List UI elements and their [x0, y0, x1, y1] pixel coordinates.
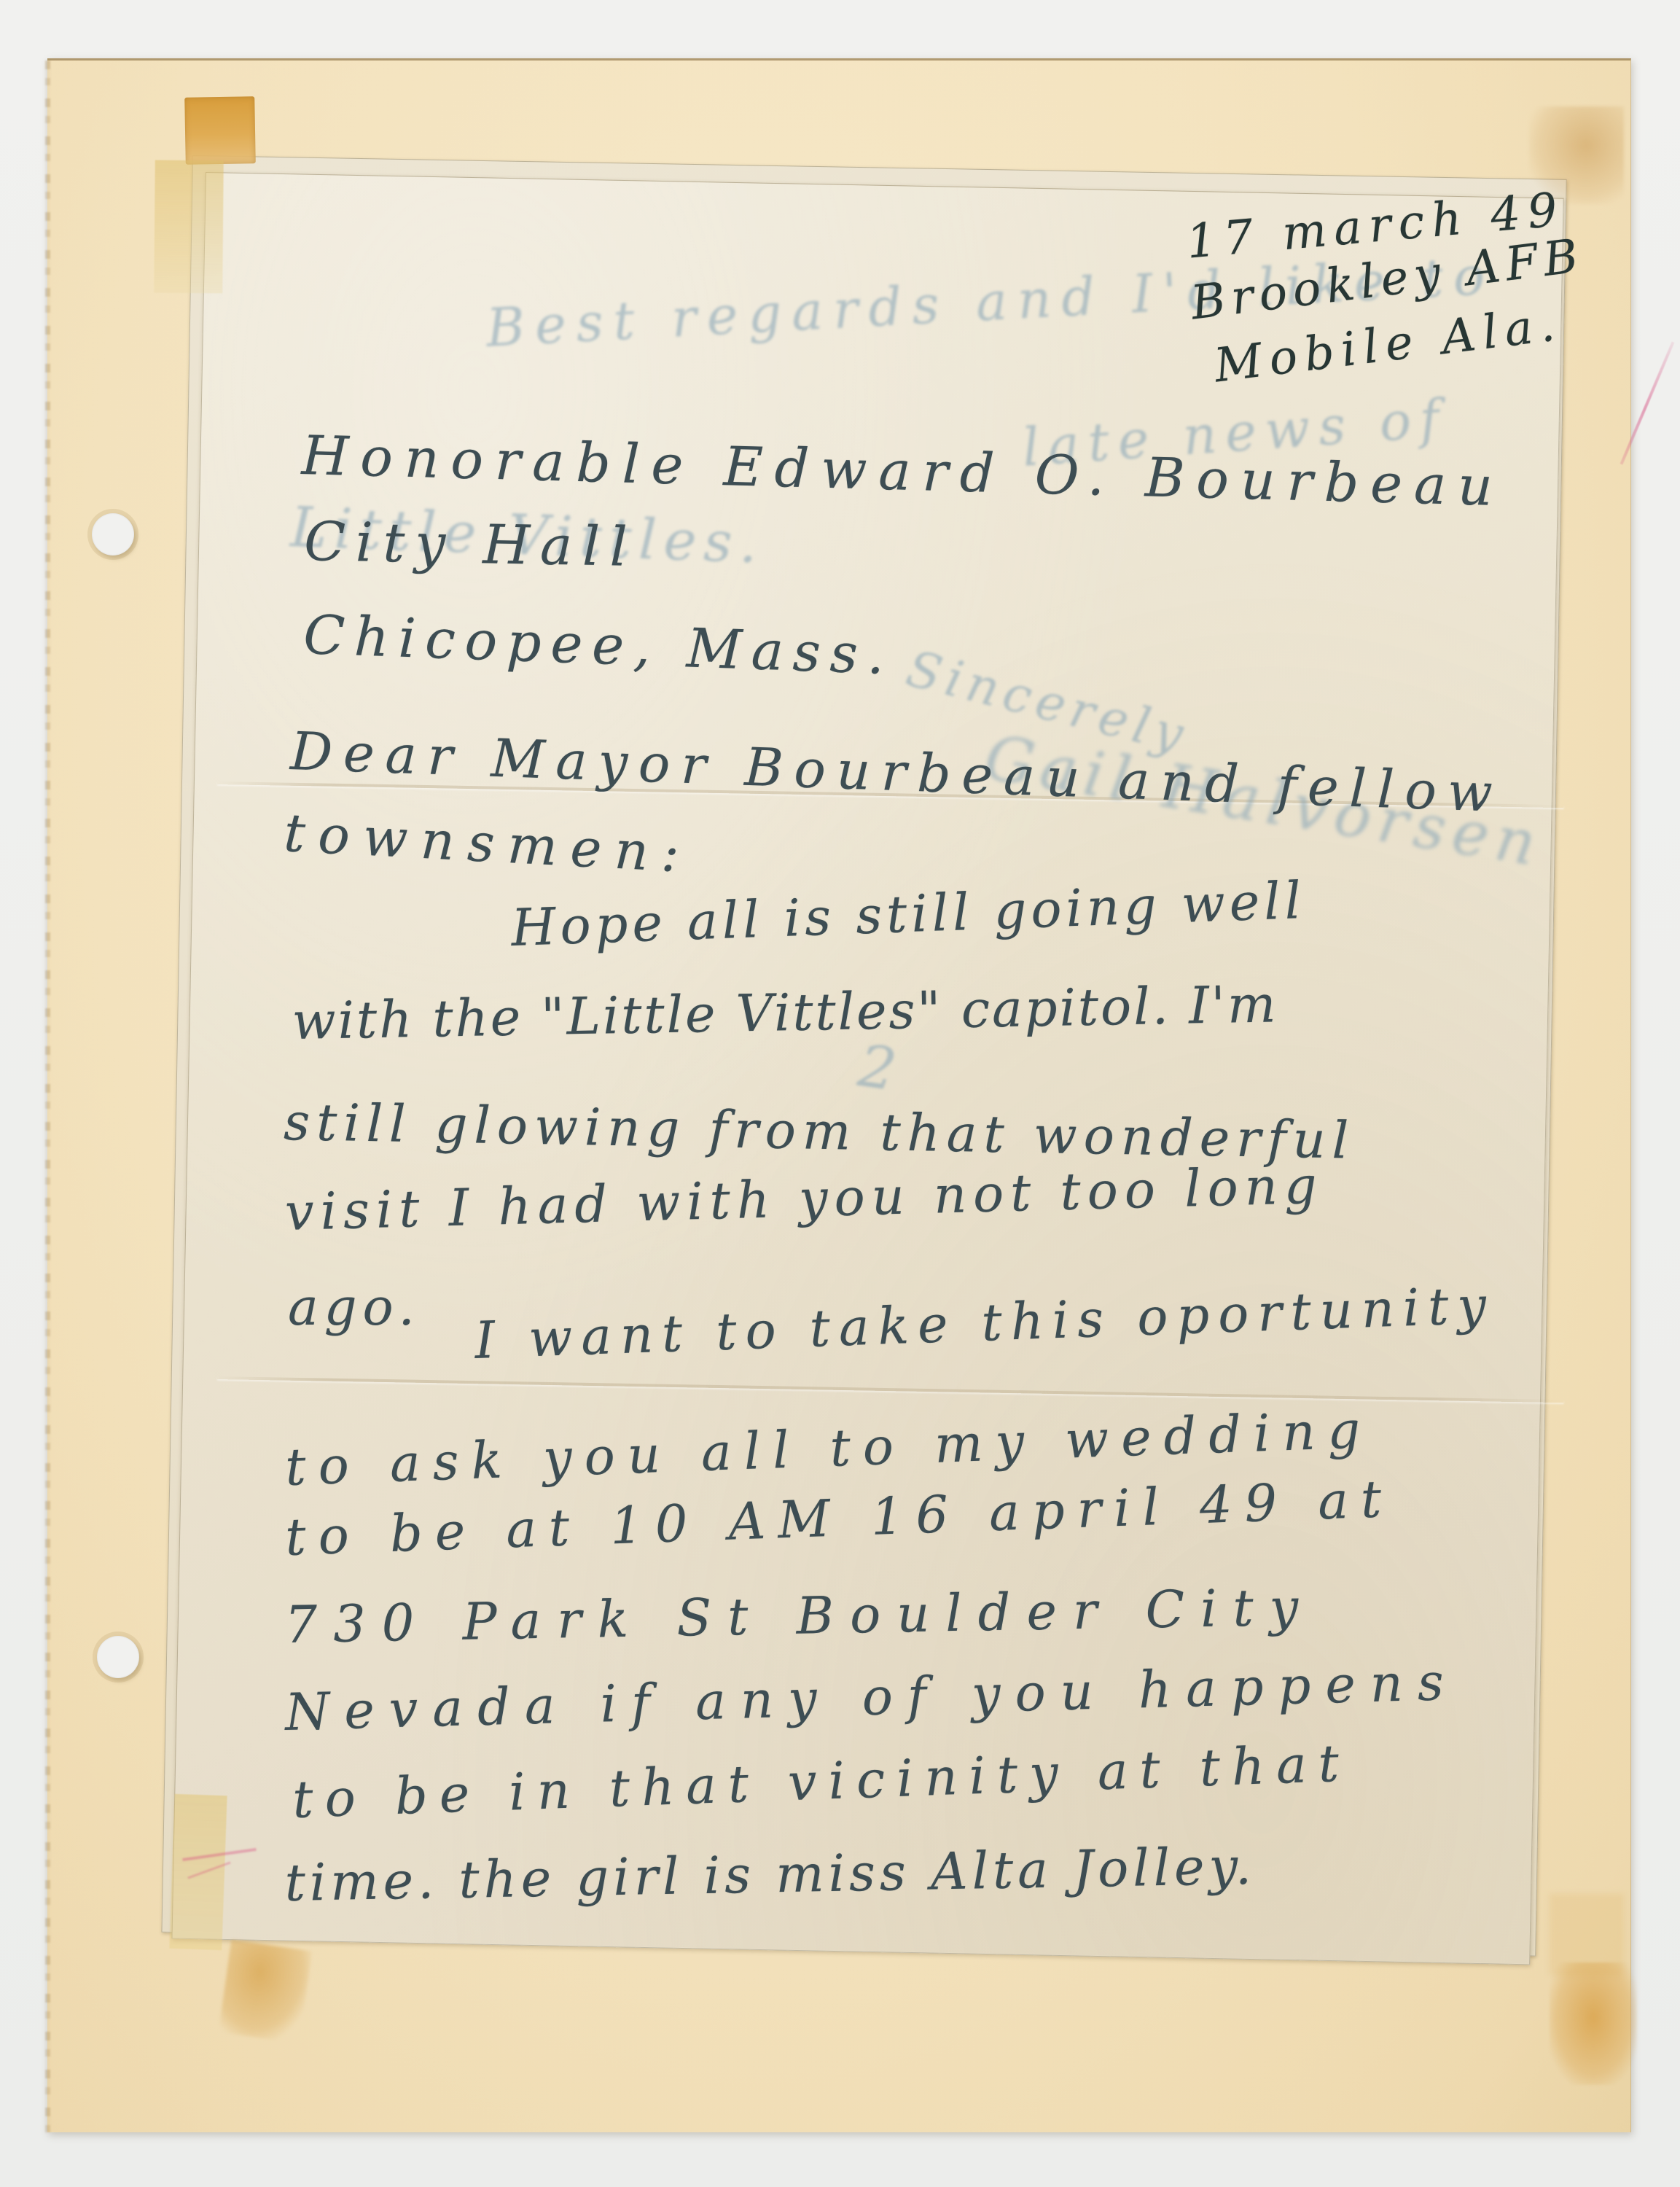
tape-top-left-residue [154, 160, 224, 294]
punch-hole-bottom [97, 1636, 139, 1678]
tape-top-left [184, 96, 256, 165]
body-line-5: ago. [288, 1277, 421, 1337]
punch-hole-top [92, 513, 134, 555]
tape-stain-bottom-right [1550, 1962, 1637, 2085]
tape-stain-top-right [1529, 106, 1624, 204]
scanned-letter-page: Best regards and I'd like to late news o… [0, 0, 1680, 2187]
tape-stain-bottom-left [219, 1940, 313, 2043]
address-line-hall: City Hall [303, 510, 638, 579]
